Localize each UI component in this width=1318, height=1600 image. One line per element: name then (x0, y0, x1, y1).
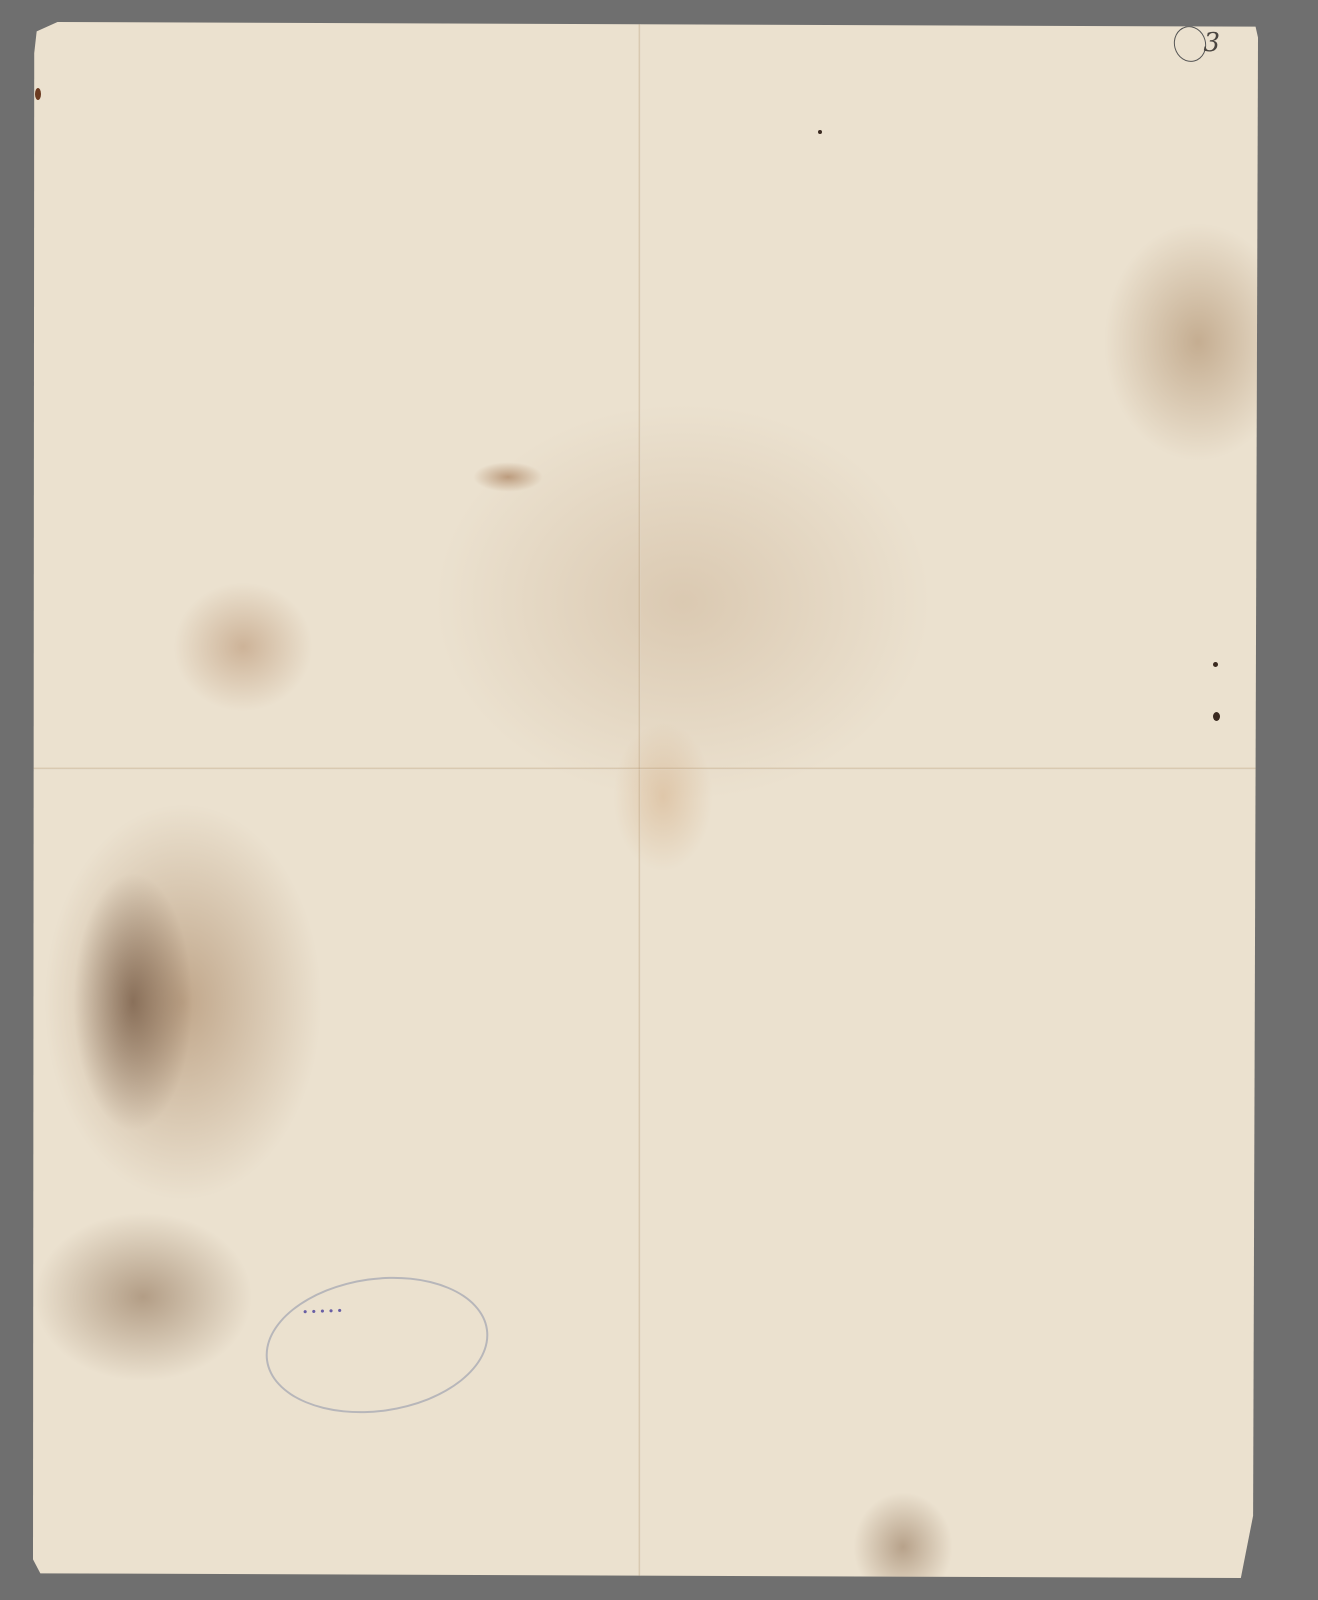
stain (613, 722, 713, 872)
folio-number: 3 (1203, 28, 1220, 58)
ink-spot (1213, 712, 1220, 721)
ink-spot (818, 130, 822, 134)
stain (1103, 222, 1258, 462)
library-stamp: ••••• (257, 1263, 497, 1427)
ink-spot (35, 88, 41, 100)
vertical-fold-line (638, 22, 641, 1578)
stain (853, 1492, 953, 1578)
horizontal-fold-line (33, 767, 1258, 770)
stain (173, 582, 313, 712)
stain (73, 872, 193, 1132)
stain (33, 1212, 253, 1382)
ink-spot (1213, 662, 1218, 667)
document-sheet: 3 ••••• (33, 22, 1258, 1578)
stain (473, 462, 543, 492)
stamp-text: ••••• (302, 1304, 346, 1318)
